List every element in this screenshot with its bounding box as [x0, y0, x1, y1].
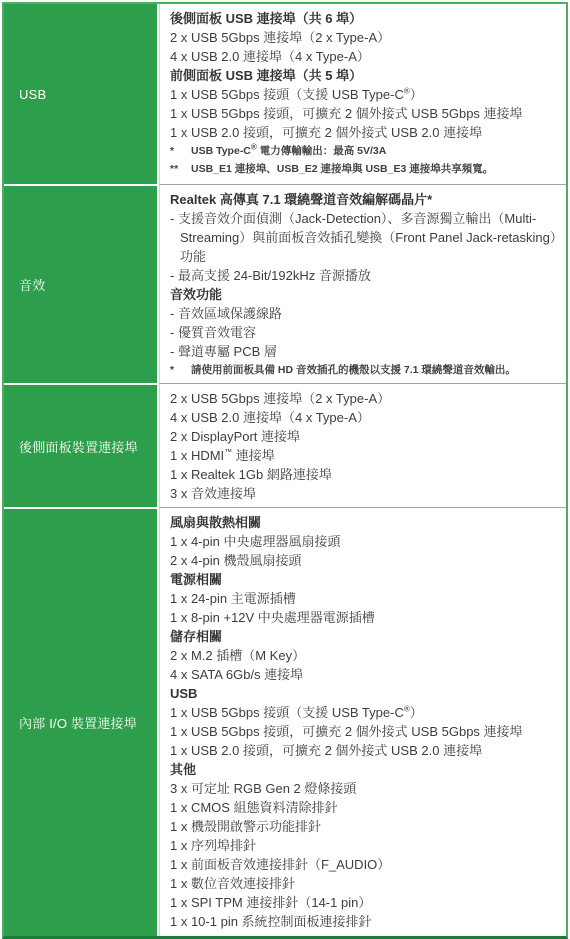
spec-row: 內部 I/O 裝置連接埠風扇與散熱相關1 x 4-pin 中央處理器風扇接頭2 … [4, 507, 566, 936]
spec-header: USB [170, 684, 558, 703]
row-content: 2 x USB 5Gbps 連接埠（2 x Type-A）4 x USB 2.0… [159, 383, 566, 507]
spec-item: 1 x 10-1 pin 系統控制面板連接排針 [170, 912, 558, 931]
spec-note: **USB_E1 連接埠、USB_E2 連接埠與 USB_E3 連接埠共享頻寬。 [170, 160, 558, 178]
spec-item: 1 x 數位音效連接排針 [170, 874, 558, 893]
spec-item: 1 x 8-pin +12V 中央處理器電源插槽 [170, 608, 558, 627]
spec-item: 1 x SPI TPM 連接排針（14-1 pin） [170, 893, 558, 912]
spec-row: 後側面板裝置連接埠2 x USB 5Gbps 連接埠（2 x Type-A）4 … [4, 383, 566, 507]
row-content: 後側面板 USB 連接埠（共 6 埠）2 x USB 5Gbps 連接埠（2 x… [159, 4, 566, 184]
spec-item: 2 x M.2 插槽（M Key） [170, 646, 558, 665]
spec-item: 1 x HDMI™ 連接埠 [170, 446, 558, 465]
spec-item: 1 x 4-pin 中央處理器風扇接頭 [170, 532, 558, 551]
spec-row: USB後側面板 USB 連接埠（共 6 埠）2 x USB 5Gbps 連接埠（… [4, 4, 566, 184]
spec-header: 音效功能 [170, 285, 558, 304]
spec-item: 1 x USB 2.0 接頭，可擴充 2 個外接式 USB 2.0 連接埠 [170, 741, 558, 760]
spec-item: 1 x USB 5Gbps 接頭，可擴充 2 個外接式 USB 5Gbps 連接… [170, 104, 558, 123]
spec-item: 2 x USB 5Gbps 連接埠（2 x Type-A） [170, 28, 558, 47]
spec-item: 4 x USB 2.0 連接埠（4 x Type-A） [170, 47, 558, 66]
spec-header: 風扇與散熱相關 [170, 513, 558, 532]
row-content: Realtek 高傳真 7.1 環繞聲道音效編解碼晶片*- 支援音效介面偵測（J… [159, 184, 566, 383]
note-marker: ** [170, 160, 191, 178]
spec-header: 儲存相關 [170, 627, 558, 646]
spec-item: 1 x USB 2.0 接頭，可擴充 2 個外接式 USB 2.0 連接埠 [170, 123, 558, 142]
spec-item: 1 x 機殼開啟警示功能排針 [170, 817, 558, 836]
row-label: 後側面板裝置連接埠 [4, 383, 157, 507]
spec-header: Realtek 高傳真 7.1 環繞聲道音效編解碼晶片* [170, 190, 558, 209]
spec-item: 1 x CMOS 組態資料清除排針 [170, 798, 558, 817]
note-text: USB_E1 連接埠、USB_E2 連接埠與 USB_E3 連接埠共享頻寬。 [191, 160, 558, 178]
spec-item: 1 x USB 5Gbps 接頭，可擴充 2 個外接式 USB 5Gbps 連接… [170, 722, 558, 741]
spec-bullet: - 聲道專屬 PCB 層 [170, 342, 558, 361]
note-marker: * [170, 361, 191, 379]
spec-item: 1 x USB 5Gbps 接頭（支援 USB Type-C®） [170, 85, 558, 104]
spec-item: 2 x 4-pin 機殼風扇接頭 [170, 551, 558, 570]
row-label: 內部 I/O 裝置連接埠 [4, 507, 157, 936]
spec-header: 其他 [170, 760, 558, 779]
spec-item: 4 x SATA 6Gb/s 連接埠 [170, 665, 558, 684]
spec-table: USB後側面板 USB 連接埠（共 6 埠）2 x USB 5Gbps 連接埠（… [2, 2, 568, 939]
spec-header: 後側面板 USB 連接埠（共 6 埠） [170, 9, 558, 28]
row-label: USB [4, 4, 157, 184]
spec-item: 1 x 前面板音效連接排針（F_AUDIO） [170, 855, 558, 874]
spec-item: 3 x 音效連接埠 [170, 484, 558, 503]
spec-header: 前側面板 USB 連接埠（共 5 埠） [170, 66, 558, 85]
note-marker: * [170, 142, 191, 160]
spec-header: 電源相關 [170, 570, 558, 589]
spec-item: 1 x Realtek 1Gb 網路連接埠 [170, 465, 558, 484]
spec-note: *USB Type-C® 電力傳輸輸出：最高 5V/3A [170, 142, 558, 160]
spec-bullet: - 音效區域保護線路 [170, 304, 558, 323]
spec-item: 1 x 24-pin 主電源插槽 [170, 589, 558, 608]
spec-item: 4 x USB 2.0 連接埠（4 x Type-A） [170, 408, 558, 427]
spec-note: *請使用前面板具備 HD 音效插孔的機殼以支援 7.1 環繞聲道音效輸出。 [170, 361, 558, 379]
spec-bullet: - 支援音效介面偵測（Jack-Detection）、多音源獨立輸出（Multi… [170, 209, 558, 266]
spec-item: 2 x DisplayPort 連接埠 [170, 427, 558, 446]
spec-item: 1 x USB 5Gbps 接頭（支援 USB Type-C®） [170, 703, 558, 722]
spec-item: 1 x 序列埠排針 [170, 836, 558, 855]
note-text: USB Type-C® 電力傳輸輸出：最高 5V/3A [191, 142, 558, 160]
spec-bullet: - 最高支援 24-Bit/192kHz 音源播放 [170, 266, 558, 285]
spec-item: 3 x 可定址 RGB Gen 2 燈條接頭 [170, 779, 558, 798]
row-label: 音效 [4, 184, 157, 383]
spec-item: 2 x USB 5Gbps 連接埠（2 x Type-A） [170, 389, 558, 408]
note-text: 請使用前面板具備 HD 音效插孔的機殼以支援 7.1 環繞聲道音效輸出。 [191, 361, 558, 379]
row-content: 風扇與散熱相關1 x 4-pin 中央處理器風扇接頭2 x 4-pin 機殼風扇… [159, 507, 566, 936]
spec-row: 音效Realtek 高傳真 7.1 環繞聲道音效編解碼晶片*- 支援音效介面偵測… [4, 184, 566, 383]
spec-bullet: - 優質音效電容 [170, 323, 558, 342]
